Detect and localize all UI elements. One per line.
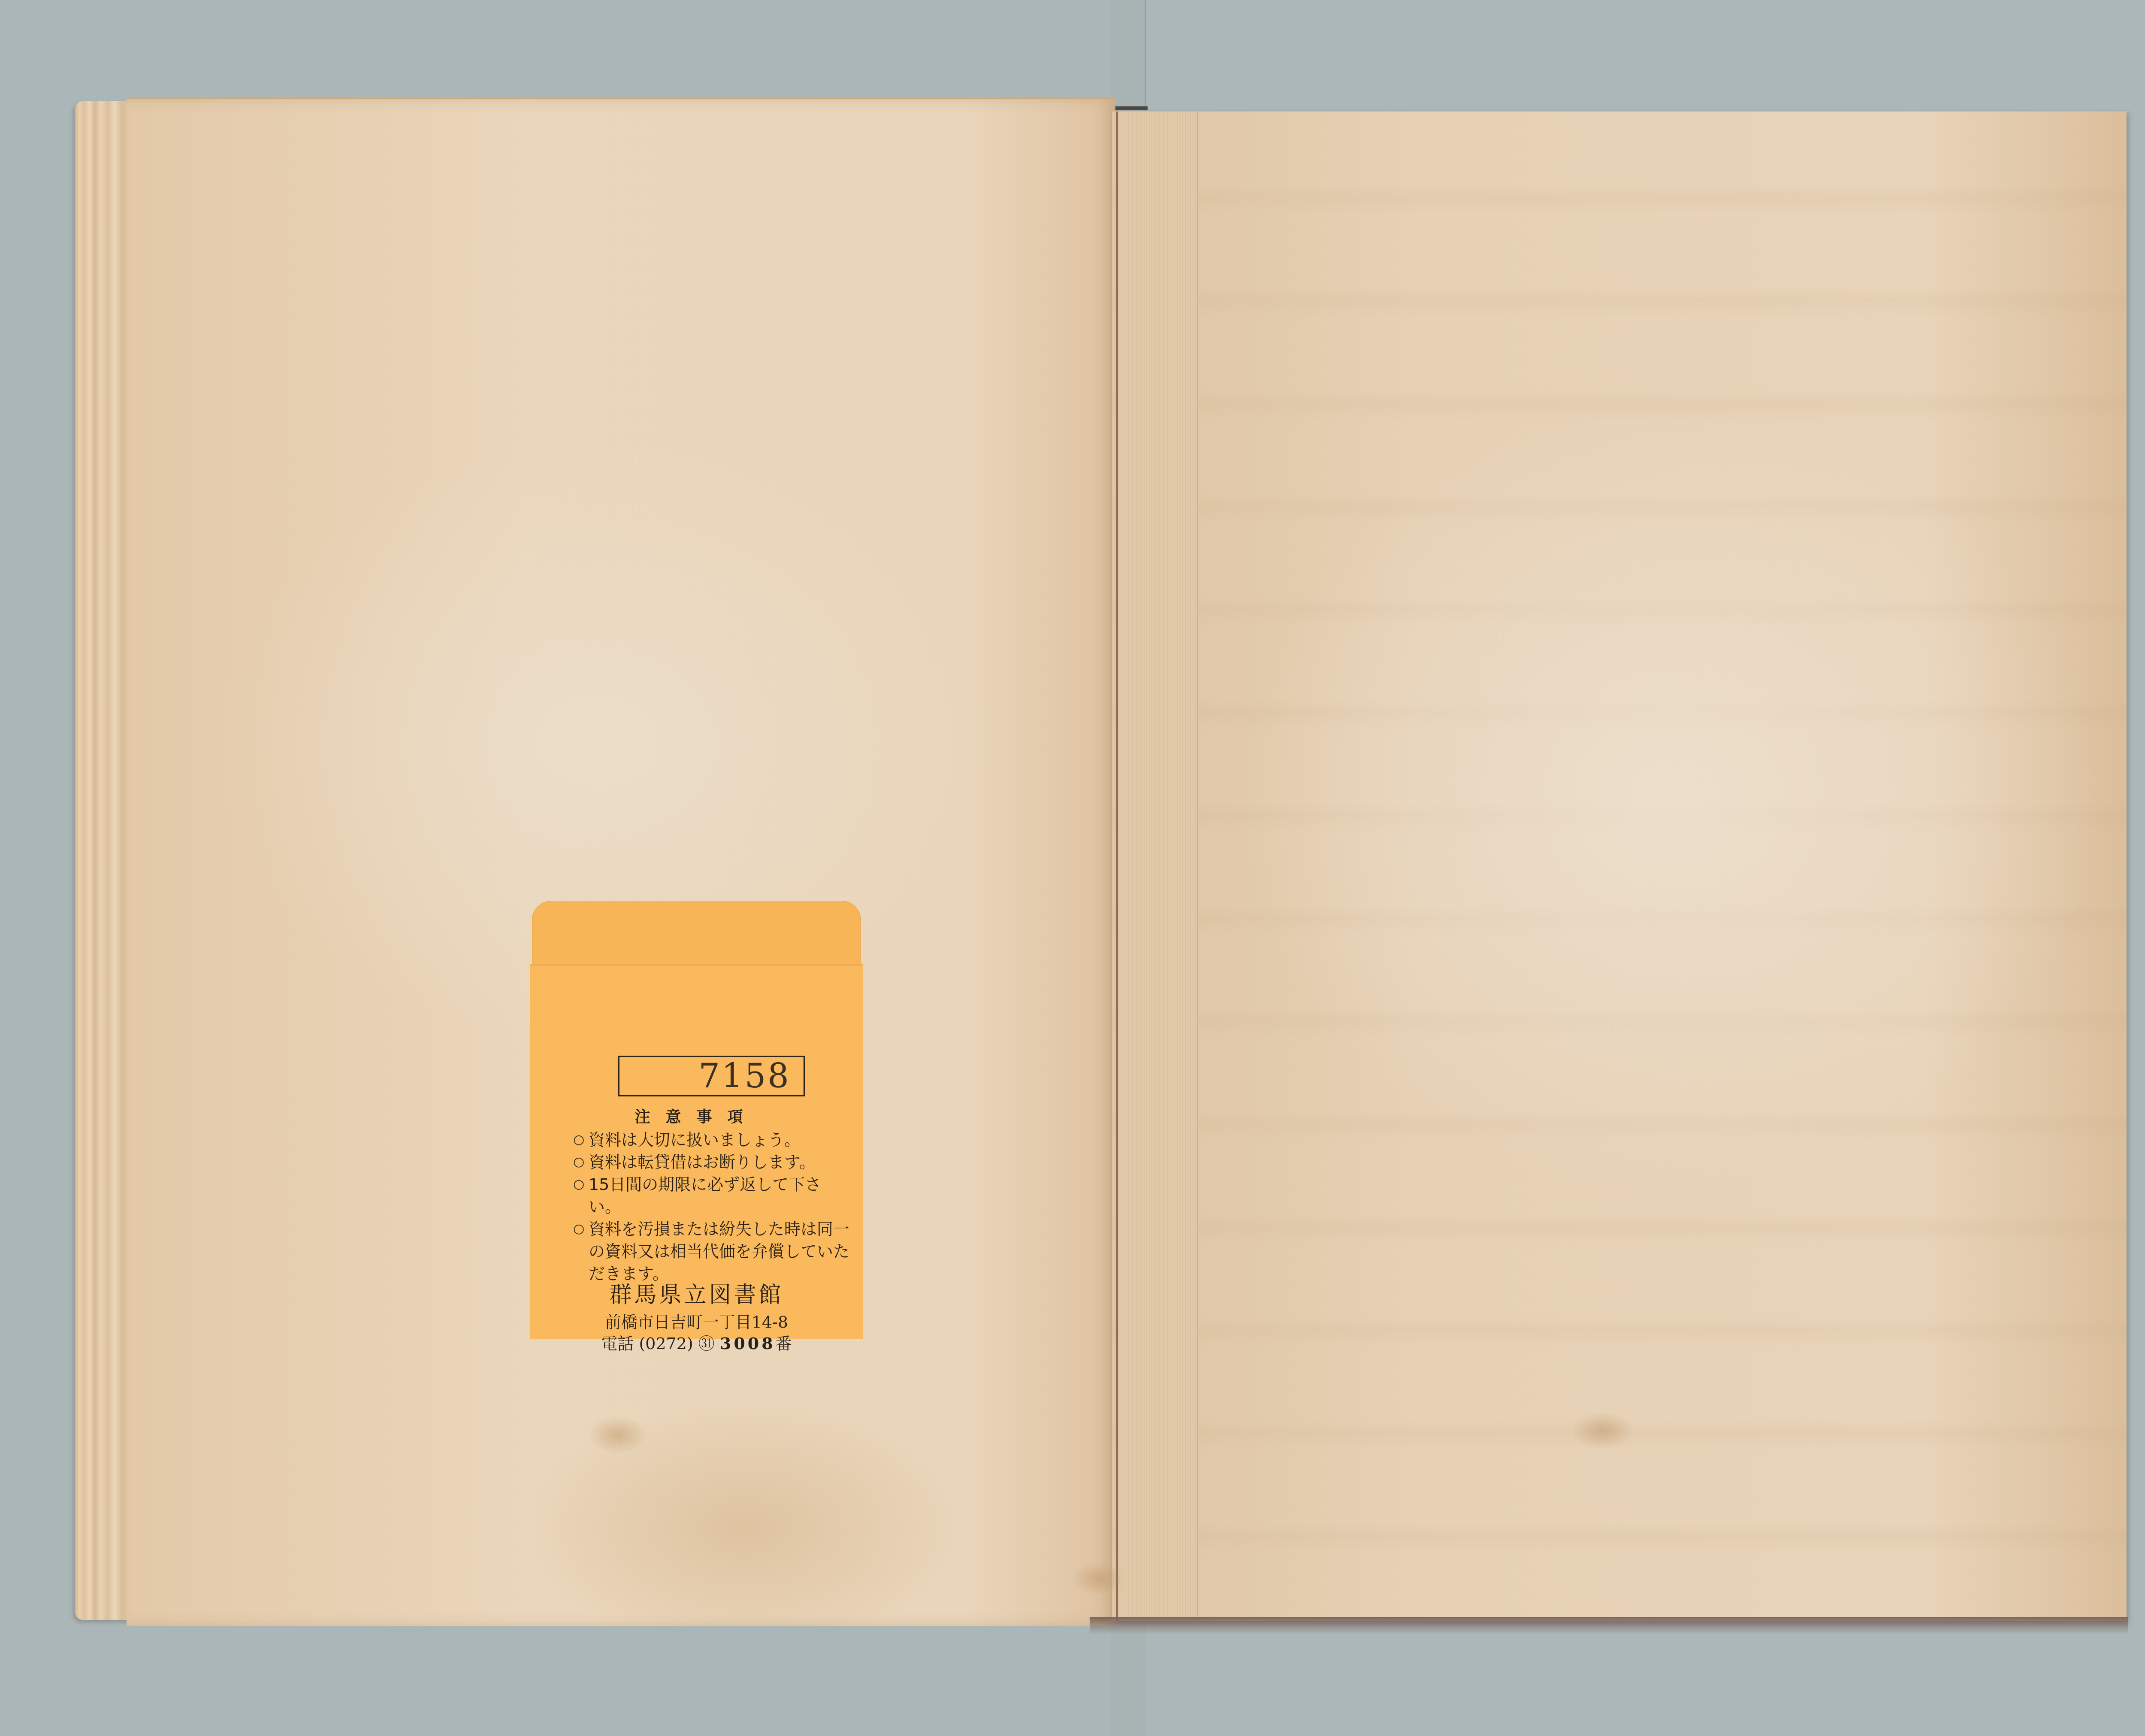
right-page xyxy=(1112,111,2127,1621)
book-shadow xyxy=(1090,1617,2128,1634)
background-seam xyxy=(1145,0,1146,112)
gutter-strip xyxy=(1116,112,1198,1621)
water-stain xyxy=(1570,1411,1634,1450)
notice-list: ○ 資料は大切に扱いましょう。 ○ 資料は転貸借はお断りします。 ○ 15日間の… xyxy=(573,1129,852,1285)
phone-suffix: 番 xyxy=(776,1334,792,1353)
notice-text: 資料を汚損または紛失した時は同一の資料又は相当代価を弁償していただきます。 xyxy=(589,1218,852,1285)
notice-text: 資料は大切に扱いましょう。 xyxy=(589,1129,801,1151)
notice-item: ○ 資料は転貸借はお断りします。 xyxy=(573,1151,852,1173)
phone-label: 電話 xyxy=(601,1334,634,1353)
pocket-body: 7158 注意事項 ○ 資料は大切に扱いましょう。 ○ 資料は転貸借はお断りしま… xyxy=(530,965,863,1339)
library-name: 群馬県立図書館 xyxy=(530,1277,863,1309)
notice-heading: 注意事項 xyxy=(530,1105,863,1127)
left-page-block xyxy=(75,98,1115,1627)
left-page xyxy=(127,98,1115,1626)
notice-item: ○ 資料は大切に扱いましょう。 xyxy=(573,1129,852,1151)
call-number: 7158 xyxy=(618,1056,805,1096)
spine-cap xyxy=(1115,106,1148,110)
library-card-pocket: 7158 注意事項 ○ 資料は大切に扱いましょう。 ○ 資料は転貸借はお断りしま… xyxy=(530,901,862,1338)
notice-text: 資料は転貸借はお断りします。 xyxy=(589,1151,816,1173)
notice-text: 15日間の期限に必ず返して下さい。 xyxy=(589,1173,852,1218)
notice-item: ○ 15日間の期限に必ず返して下さい。 xyxy=(573,1173,852,1218)
library-address: 前橋市日吉町一丁目14-8 xyxy=(530,1309,863,1332)
notice-item: ○ 資料を汚損または紛失した時は同一の資料又は相当代価を弁償していただきます。 xyxy=(573,1218,852,1285)
water-stain xyxy=(588,1416,648,1454)
circle-bullet-icon: ○ xyxy=(573,1151,589,1173)
water-stain xyxy=(1072,1561,1124,1596)
library-phone: 電話 (0272) ㉛ 3008番 xyxy=(530,1330,863,1354)
circle-bullet-icon: ○ xyxy=(573,1173,589,1218)
phone-area-code: (0272) xyxy=(639,1334,693,1353)
phone-number: 3008 xyxy=(720,1334,776,1353)
circle-bullet-icon: ○ xyxy=(573,1218,589,1285)
page-edge-stack xyxy=(75,101,133,1620)
phone-exchange: ㉛ xyxy=(698,1334,715,1353)
circle-bullet-icon: ○ xyxy=(573,1129,589,1151)
